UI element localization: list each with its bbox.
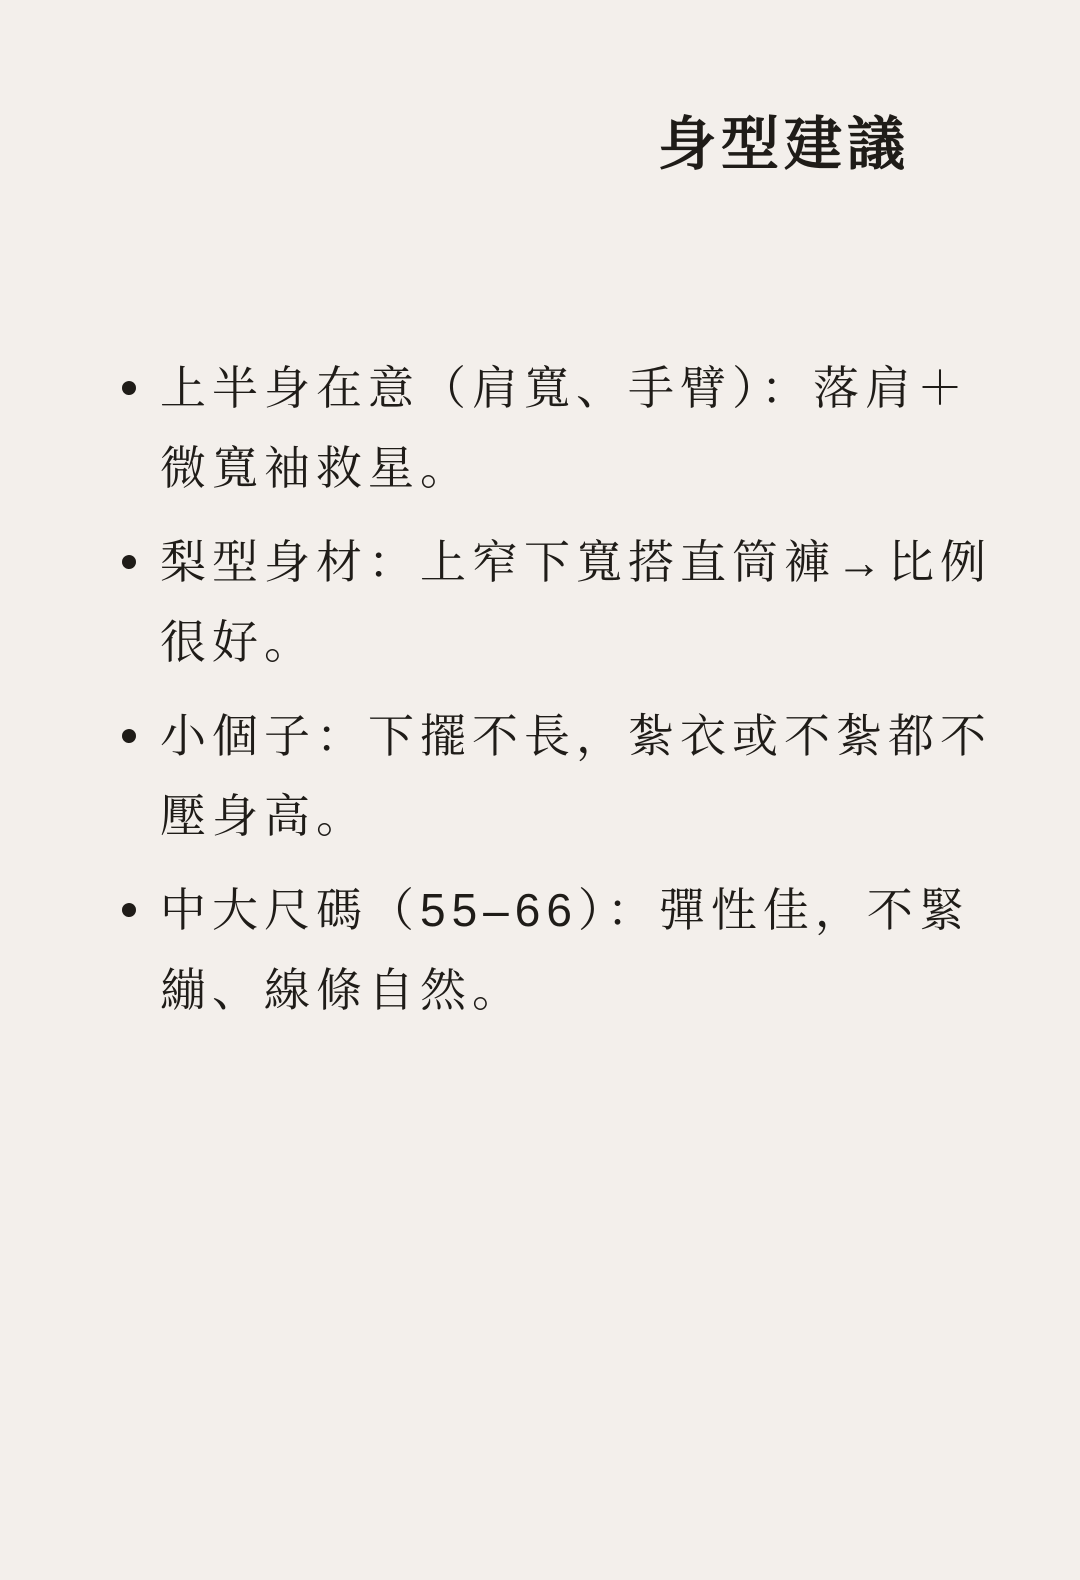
bullet-icon [122, 903, 136, 917]
list-item-text: 小個子：下擺不長，紮衣或不紮都不壓身高。 [160, 696, 1012, 856]
bullet-icon [122, 729, 136, 743]
list-item: 中大尺碼（55–66）：彈性佳，不緊繃、線條自然。 [122, 870, 1012, 1030]
page-title: 身型建議 [658, 112, 910, 179]
list-item-text: 中大尺碼（55–66）：彈性佳，不緊繃、線條自然。 [160, 870, 1012, 1030]
bullet-icon [122, 555, 136, 569]
list-item: 上半身在意（肩寬、手臂）：落肩＋微寬袖救星。 [122, 348, 1012, 508]
list-item-text: 梨型身材：上窄下寬搭直筒褲→比例很好。 [160, 522, 1012, 682]
list-item-text: 上半身在意（肩寬、手臂）：落肩＋微寬袖救星。 [160, 348, 1012, 508]
document-page: 身型建議 上半身在意（肩寬、手臂）：落肩＋微寬袖救星。 梨型身材：上窄下寬搭直筒… [0, 0, 1080, 1580]
bullet-icon [122, 381, 136, 395]
advice-bullet-list: 上半身在意（肩寬、手臂）：落肩＋微寬袖救星。 梨型身材：上窄下寬搭直筒褲→比例很… [122, 348, 1012, 1044]
list-item: 小個子：下擺不長，紮衣或不紮都不壓身高。 [122, 696, 1012, 856]
list-item: 梨型身材：上窄下寬搭直筒褲→比例很好。 [122, 522, 1012, 682]
